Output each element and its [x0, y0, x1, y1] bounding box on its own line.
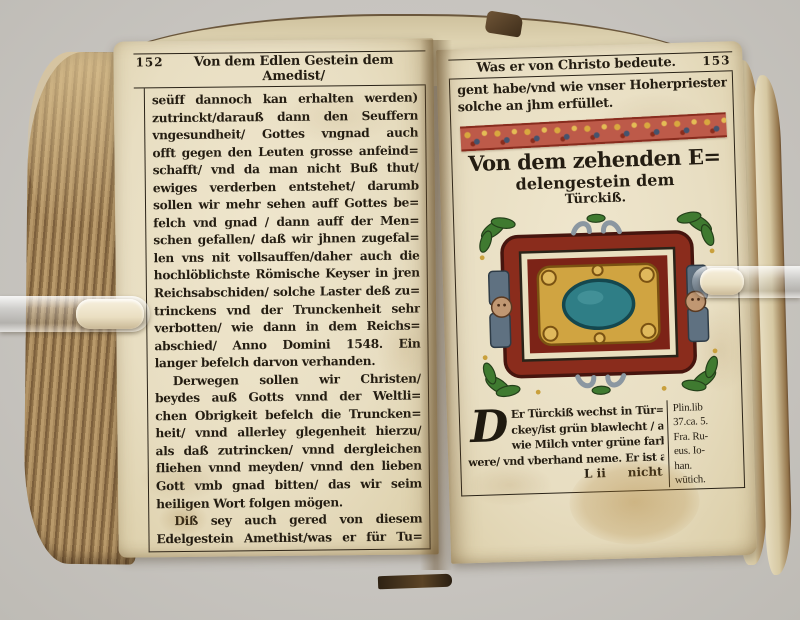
woodcut-turquoise-gem — [563, 279, 634, 329]
acrylic-rod-left — [0, 296, 150, 332]
spine-tail — [378, 574, 452, 590]
catchword: nicht — [628, 464, 663, 479]
left-page-header: 152 Von dem Edlen Gestein dem Amedist/ — [133, 50, 425, 88]
left-running-title: Von dem Edlen Gestein dem Amedist/ — [164, 52, 424, 85]
acrylic-rod-right-tip — [700, 268, 744, 295]
woodcut-illustration — [461, 206, 736, 402]
margin-note: Plin.lib 37.ca. 5. Fra. Ru- eus. Io- han… — [667, 398, 737, 487]
woodcut-cartouche — [473, 207, 724, 402]
gathering-signature: L ii — [584, 466, 606, 481]
acrylic-rod-left-tip — [76, 299, 144, 329]
text-line: seüff dannoch kan erhalten werden) — [152, 90, 418, 110]
chapter-heading: Von dem zehenden E= delengestein dem Tür… — [459, 144, 731, 210]
text-line: vngesundheit/ Gottes vngnad auch — [152, 125, 418, 145]
text-line: Gott vmb gnad bitten/ das wir seim — [156, 476, 422, 496]
drop-cap-initial: D — [467, 407, 512, 452]
text-line: Reichsabschiden/ solche Laster deß zu= — [154, 283, 420, 303]
body-paragraph: D Er Türckiß wechst in Tür= ckey/ist grü… — [467, 400, 671, 493]
left-page-number: 152 — [135, 55, 163, 69]
text-line: verbotten/ wie dann in dem Reichs= — [154, 318, 420, 338]
text-line: abschied/ Anno Domini 1548. Ein — [154, 335, 420, 355]
left-text-block: seüff dannoch kan erhalten werden) zutri… — [144, 85, 431, 552]
acrylic-rod-right — [692, 266, 800, 298]
intro-paragraph: gent habe/vnd wie vnser Hoherpriester so… — [457, 74, 728, 116]
left-page: 152 Von dem Edlen Gestein dem Amedist/ s… — [113, 38, 438, 557]
right-page: Was er von Christo bedeute. 153 gent hab… — [436, 41, 757, 564]
photo-background: 152 Von dem Edlen Gestein dem Amedist/ s… — [0, 0, 800, 620]
right-page-number: 153 — [702, 53, 730, 68]
margin-note-line: wütich. — [675, 471, 737, 487]
